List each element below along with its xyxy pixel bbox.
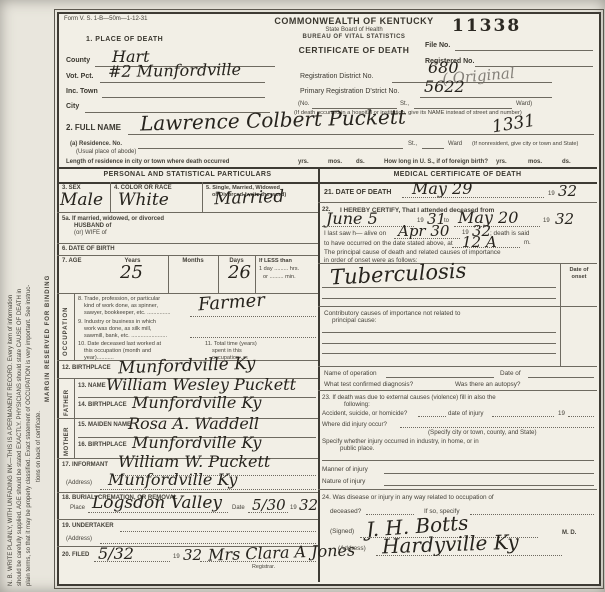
physician-address-label: (Address) <box>338 545 366 552</box>
rule-line <box>568 416 594 417</box>
rule-line <box>57 255 318 256</box>
form-number: Form V. S. 1-B—50m—1-12-31 <box>64 16 147 23</box>
cell-divider <box>74 293 75 360</box>
occupation-related-label1: 24. Was disease or injury in any way rel… <box>322 494 494 501</box>
birthplace-label: 12. BIRTHPLACE <box>62 365 111 372</box>
father-vertical-label: FATHER <box>64 380 71 416</box>
occupation-related-label2: deceased? <box>330 508 361 515</box>
county-label: County <box>66 57 90 65</box>
age-label: 7. AGE <box>62 258 81 265</box>
residence-st-label: St., <box>408 141 417 148</box>
dod-year-handwritten: 32 <box>558 182 577 200</box>
date-of-label: Date of <box>500 370 521 377</box>
length-residence-label: Length of residence in city or town wher… <box>66 159 229 166</box>
rule-line <box>318 202 597 203</box>
date-of-onset-label1: Date of <box>561 267 597 274</box>
rule-line <box>318 489 597 490</box>
informant-address-handwritten: Munfordville Ky <box>108 470 237 489</box>
nature-of-injury-label: Nature of injury <box>322 478 365 485</box>
husband-label3: (or) WIFE of <box>74 230 107 237</box>
test-confirmed-label: What test confirmed diagnosis? <box>324 381 413 388</box>
rule-line <box>420 97 552 98</box>
contributory-label2: principal cause: <box>332 317 376 324</box>
informant-address-label: (Address) <box>66 480 92 487</box>
abode-note: (Usual place of abode) <box>76 149 136 156</box>
rule-line <box>384 473 594 474</box>
ds2-label: ds. <box>562 159 571 166</box>
rule-line <box>322 287 556 288</box>
rule-line <box>318 366 597 367</box>
date-of-birth-label: 6. DATE OF BIRTH <box>62 246 115 253</box>
margin-note-line1: N. B. WRITE PLAINLY, WITH UNFADING INK—T… <box>8 26 15 586</box>
days-handwritten: 26 <box>228 262 251 283</box>
mos2-label: mos. <box>528 159 542 166</box>
industry-label1: 9. Industry or business in which <box>78 319 156 326</box>
rule-line <box>102 97 265 98</box>
husband-label2: HUSBAND of <box>74 223 111 230</box>
rule-line <box>322 460 594 461</box>
filed-label: 20. FILED <box>62 552 89 559</box>
mother-birthplace-handwritten: Munfordville Ky <box>132 433 261 452</box>
trade-label2: kind of work done, as spinner, <box>84 303 158 310</box>
registration-district-label: Registration District No. <box>300 73 374 81</box>
rule-line <box>376 555 562 556</box>
sex-handwritten: Male <box>60 190 103 210</box>
rule-line <box>190 316 316 317</box>
rule-line <box>400 427 594 428</box>
rule-line <box>322 343 556 344</box>
rule-line <box>100 82 265 83</box>
rule-line <box>88 512 228 513</box>
ifless-label2: 1 day ......... hrs. <box>259 266 299 273</box>
trade-label1: 8. Trade, profession, or particular <box>78 296 160 303</box>
inc-town-label: Inc. Town <box>66 88 98 96</box>
to-year-prefix: 19 <box>543 218 550 225</box>
injury-19-label: 19 <box>558 410 565 417</box>
date-of-injury-label: date of injury <box>448 410 483 417</box>
cell-divider <box>202 182 203 212</box>
undertaker-address-label: (Address) <box>66 536 92 543</box>
rule-line <box>322 332 556 333</box>
rule-line <box>322 353 556 354</box>
bureau-heading: BUREAU OF VITAL STATISTICS <box>238 34 470 41</box>
accident-label: Accident, suicide, or homicide? <box>322 410 407 417</box>
mother-maiden-label: 15. MAIDEN NAME <box>78 422 131 429</box>
rule-line <box>57 293 318 294</box>
autopsy-label: Was there an autopsy? <box>455 381 520 388</box>
external-causes-label1: 23. If death was due to external causes … <box>322 394 496 401</box>
color-race-handwritten: White <box>118 190 169 210</box>
rule-line <box>322 298 556 299</box>
margin-note-line4: tions on back of certificate. <box>36 362 43 482</box>
rule-line <box>402 197 544 198</box>
specify-whether-label2: public place. <box>340 445 374 452</box>
lastworked-label2: this occupation (month and <box>84 348 151 355</box>
date-of-death-handwritten: May 29 <box>412 179 472 198</box>
manner-of-injury-label: Manner of injury <box>322 466 368 473</box>
state-board-heading: State Board of Health <box>238 27 470 34</box>
margin-note-line3: plain terms, so that it may be properly … <box>26 34 33 586</box>
registrar-label: Registrar. <box>252 564 275 571</box>
undertaker-label: 19. UNDERTAKER <box>62 523 114 530</box>
mother-vertical-label: MOTHER <box>64 418 71 456</box>
rule-line <box>418 416 446 417</box>
where-injury-note: (Specify city or town, county, and State… <box>428 429 537 436</box>
rule-line <box>452 247 520 248</box>
section-divider <box>57 167 597 169</box>
burial-year-prefix: 19 <box>290 505 297 512</box>
scanned-death-certificate: N. B. WRITE PLAINLY, WITH UNFADING INK—T… <box>0 0 605 592</box>
personal-particulars-heading: PERSONAL AND STATISTICAL PARTICULARS <box>57 171 318 179</box>
rule-line <box>386 377 494 378</box>
husband-label1: 5a. If married, widowed, or divorced <box>62 216 164 223</box>
rule-line <box>100 489 316 490</box>
informant-handwritten: William W. Puckett <box>118 452 270 471</box>
mother-maiden-handwritten: Rosa A. Waddell <box>128 414 259 433</box>
last-saw-label: I last saw h— alive on <box>324 230 386 237</box>
father-name-label: 13. NAME <box>78 383 106 390</box>
city-ward-label: Ward) <box>516 101 532 108</box>
rule-line <box>138 148 403 149</box>
rule-line <box>470 514 594 515</box>
burial-date-label: Date <box>232 505 245 512</box>
rule-line <box>414 108 512 109</box>
rule-line <box>455 50 593 51</box>
rule-line <box>120 531 316 532</box>
commonwealth-heading: COMMONWEALTH OF KENTUCKY <box>238 17 470 25</box>
where-injury-label: Where did injury occur? <box>322 421 387 428</box>
occurred-label: to have occurred on the date stated abov… <box>324 240 453 247</box>
rule-line <box>528 377 594 378</box>
ifless-label3: or ......... min. <box>263 274 296 281</box>
marital-handwritten: Married <box>214 187 285 209</box>
industry-label3: sawmill, bank, etc. ....................… <box>84 333 167 340</box>
section-divider <box>57 182 597 184</box>
residence-ward-label: Ward <box>448 141 462 148</box>
residence-label: (a) Residence. No. <box>70 141 122 148</box>
cell-divider <box>74 378 75 418</box>
principal-cause-label1: The principal cause of death and related… <box>324 249 501 256</box>
rule-line <box>190 337 316 338</box>
cell-divider <box>110 182 111 212</box>
rule-line <box>492 416 554 417</box>
md-label: M. D. <box>562 530 576 537</box>
date-of-onset-label2: onset <box>561 274 597 281</box>
rule-line <box>57 212 318 213</box>
external-causes-label2: following: <box>344 401 370 408</box>
father-birthplace-label: 14. BIRTHPLACE <box>78 402 127 409</box>
specify-whether-label1: Specify whether injury occurred in indus… <box>322 438 479 445</box>
mother-birthplace-label: 16. BIRTHPLACE <box>78 442 127 449</box>
rule-line <box>94 561 170 562</box>
rule-line <box>454 226 540 227</box>
father-birthplace-handwritten: Munfordville Ky <box>132 393 261 412</box>
column-divider <box>318 167 320 582</box>
margin-note-line2: should be carefully supplied. AGE should… <box>17 34 24 586</box>
yrs2-label: yrs. <box>496 159 507 166</box>
voting-precinct-label: Vot. Pct. <box>66 73 93 81</box>
file-no-label: File No. <box>425 42 450 50</box>
rule-line <box>318 306 597 307</box>
cell-divider <box>255 255 256 293</box>
city-label: City <box>66 103 79 111</box>
full-name-label: 2. FULL NAME <box>66 124 121 132</box>
filed-year-prefix: 19 <box>173 554 180 561</box>
nonresident-note: (If nonresident, give city or town and S… <box>472 141 578 148</box>
totaltime-label1: 11. Total time (years) <box>205 341 257 348</box>
medical-certificate-heading: MEDICAL CERTIFICATE OF DEATH <box>318 171 597 179</box>
registration-district-handwritten: 680 <box>428 58 459 77</box>
months-label: Months <box>168 258 218 265</box>
primary-registration-label: Primary Registration D'strict No. <box>300 88 399 96</box>
lastworked-label1: 10. Date deceased last worked at <box>78 341 161 348</box>
place-of-death-heading: 1. PLACE OF DEATH <box>86 36 163 44</box>
operation-label: Name of operation <box>324 370 377 377</box>
margin-reserved-label: MARGIN RESERVED FOR BINDING <box>45 122 52 402</box>
certificate-serial-number: 11338 <box>452 16 521 36</box>
rule-line <box>394 238 460 239</box>
burial-year-handwritten: 32 <box>299 496 318 514</box>
rule-line <box>57 519 318 520</box>
m-label: m. <box>524 240 531 247</box>
rule-line <box>384 485 594 486</box>
occupation-vertical-label: OCCUPATION <box>63 294 70 356</box>
burial-place-handwritten: Logsdon Valley <box>92 493 222 513</box>
ds-label: ds. <box>356 159 365 166</box>
cell-divider <box>74 418 75 458</box>
rule-line <box>57 243 318 244</box>
industry-label2: work was done, as silk mill, <box>84 326 151 333</box>
howlong-label: How long in U. S., if of foreign birth? <box>384 159 488 166</box>
ifless-label1: If LESS than <box>259 258 292 265</box>
dod-year-prefix: 19 <box>548 191 555 198</box>
yrs-label: yrs. <box>298 159 309 166</box>
informant-label: 17. INFORMANT <box>62 462 108 469</box>
rule-line <box>318 390 597 391</box>
date-of-death-label: 21. DATE OF DEATH <box>324 189 391 197</box>
mos-label: mos. <box>328 159 342 166</box>
trade-label3: sawyer, bookkeeper, etc. ............... <box>84 310 170 317</box>
contributory-label1: Contributory causes of importance not re… <box>324 310 460 317</box>
primary-registration-handwritten: 5622 <box>424 77 465 96</box>
to-year-handwritten: 32 <box>555 210 574 228</box>
rule-line <box>128 134 594 135</box>
years-handwritten: 25 <box>120 262 143 283</box>
father-name-handwritten: William Wesley Puckett <box>106 375 296 394</box>
burial-place-label: Place <box>70 505 85 512</box>
voting-precinct-handwritten: #2 Munfordville <box>108 60 241 81</box>
rule-line <box>200 561 316 562</box>
signed-label: (Signed) <box>330 528 354 535</box>
rule-line <box>422 148 444 149</box>
rule-line <box>248 512 288 513</box>
rule-line <box>392 82 552 83</box>
